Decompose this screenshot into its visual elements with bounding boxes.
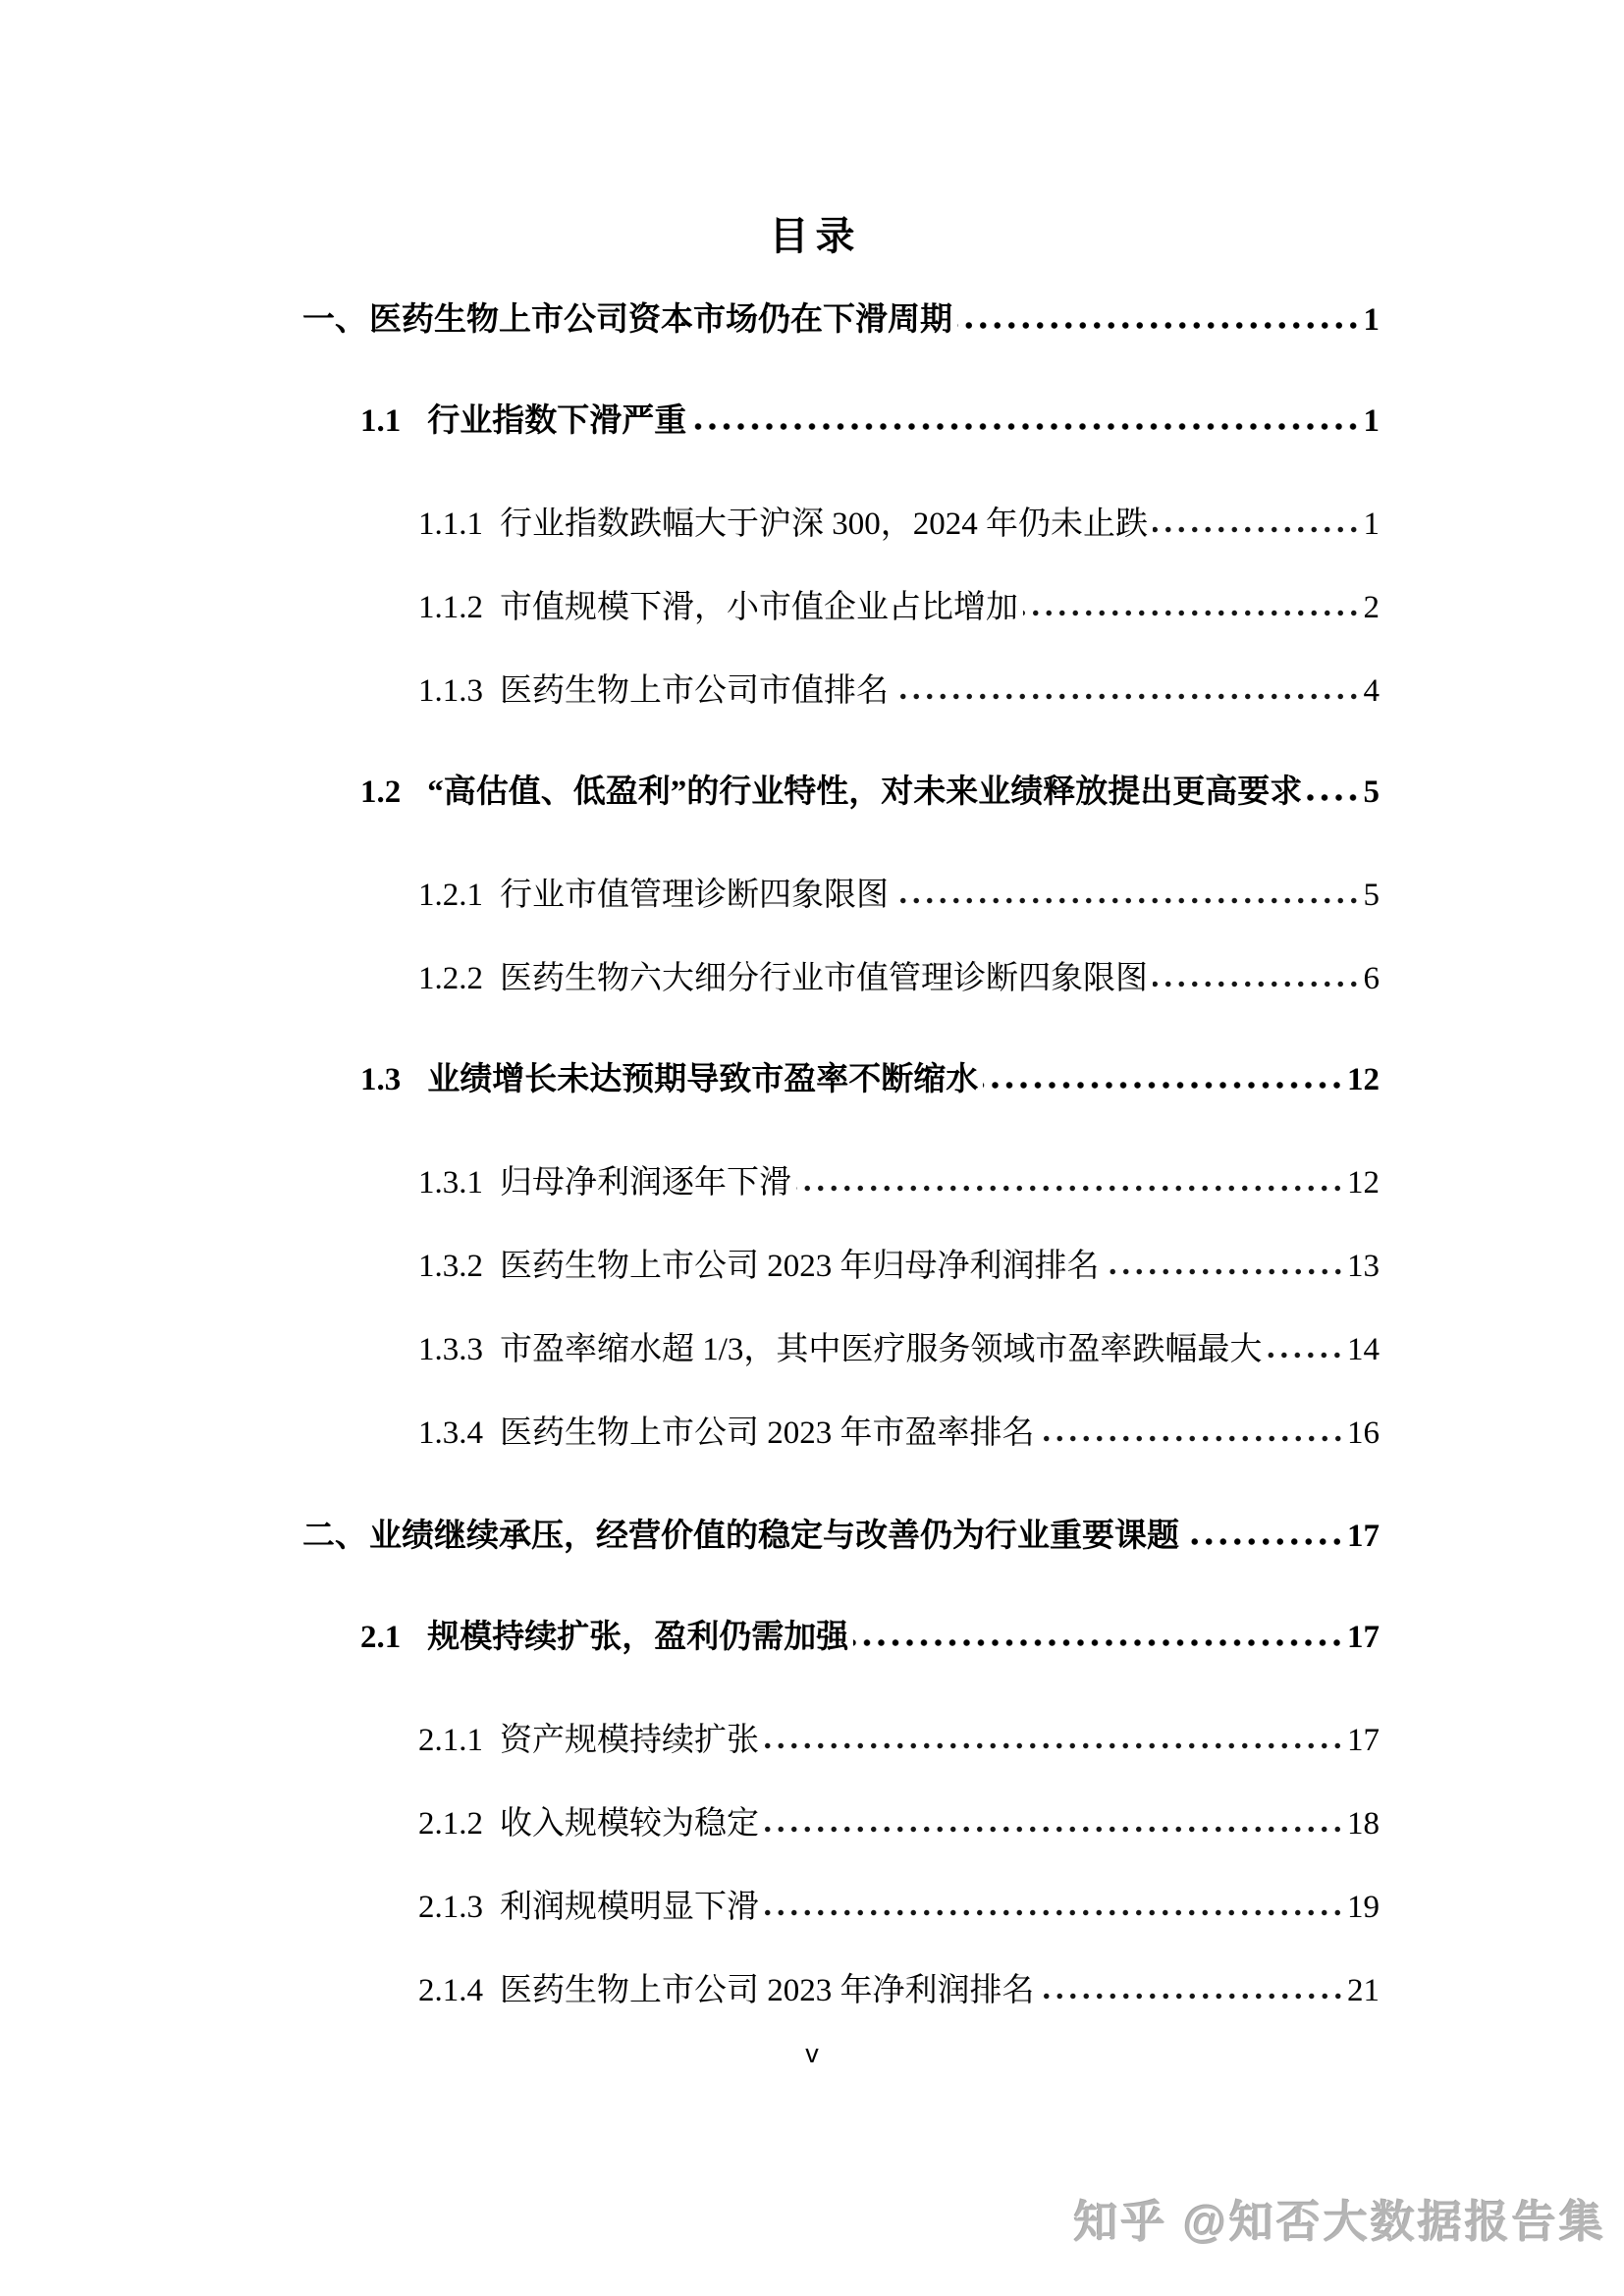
toc-entry-number: 1.1 [360, 401, 401, 441]
toc-entry-number: 1.2.1 [418, 876, 483, 915]
toc-entry-page-number: 1 [1364, 300, 1380, 340]
toc-entry-page-number: 14 [1347, 1330, 1380, 1369]
toc-entry-title: 医药生物上市公司 2023 年归母净利润排名 [500, 1247, 1100, 1286]
dot-leader [764, 1741, 1344, 1750]
toc-entry-number: 1.3.3 [418, 1330, 483, 1369]
toc-entry-title: 市值规模下滑，小市值企业占比增加 [500, 588, 1018, 627]
toc-entry-title: 医药生物六大细分行业市值管理诊断四象限图 [500, 959, 1148, 998]
toc-entry-number: 1.1.1 [418, 505, 483, 544]
toc-entry-page-number: 1 [1364, 401, 1380, 441]
dot-leader [983, 1081, 1344, 1090]
dot-leader [1040, 1434, 1345, 1443]
toc-entry-title: 医药生物上市公司 2023 年净利润排名 [500, 1971, 1035, 2010]
dot-leader [1023, 609, 1361, 617]
dot-leader [853, 1638, 1344, 1647]
toc-entry-number: 2.1.1 [418, 1721, 483, 1760]
dot-leader [893, 896, 1361, 905]
toc-entry[interactable]: 1.3.3 市盈率缩水超 1/3，其中医疗服务领域市盈率跌幅最大 14 [302, 1330, 1380, 1369]
toc-entry-title: 规模持续扩张，盈利仍需加强 [427, 1618, 848, 1657]
toc-entry-page-number: 2 [1364, 588, 1380, 627]
dot-leader [1105, 1267, 1345, 1276]
toc-entry-page-number: 12 [1347, 1060, 1380, 1099]
dot-leader [1307, 793, 1360, 802]
toc-entry-number: 1.3.2 [418, 1247, 483, 1286]
toc-entry-title: 行业指数跌幅大于沪深 300，2024 年仍未止跌 [500, 505, 1148, 544]
toc-entry-number: 1.1.2 [418, 588, 483, 627]
toc-entry[interactable]: 2.1.4 医药生物上市公司 2023 年净利润排名 21 [302, 1971, 1380, 2010]
toc-entry-number: 2.1 [360, 1618, 401, 1657]
watermark: 知乎 @知否大数据报告集 [1074, 2197, 1606, 2248]
toc-entry-page-number: 17 [1347, 1517, 1380, 1556]
dot-leader [796, 1184, 1344, 1193]
dot-leader [957, 321, 1361, 330]
toc-entry-page-number: 12 [1347, 1163, 1380, 1202]
toc-entry-page-number: 17 [1347, 1721, 1380, 1760]
dot-leader [893, 692, 1361, 701]
dot-leader [1040, 1992, 1345, 2001]
toc-entry-title: 收入规模较为稳定 [500, 1804, 759, 1843]
toc-entry-title: 医药生物上市公司资本市场仍在下滑周期 [369, 300, 952, 340]
toc-entry-number: 1.3.4 [418, 1414, 483, 1453]
toc-entry-title: 利润规模明显下滑 [500, 1888, 759, 1927]
toc-entry-title: 医药生物上市公司 2023 年市盈率排名 [500, 1414, 1035, 1453]
toc-entry-page-number: 18 [1347, 1804, 1380, 1843]
toc-entry-title: 归母净利润逐年下滑 [500, 1163, 791, 1202]
toc-entry-number: 1.3.1 [418, 1163, 483, 1202]
dot-leader [1153, 525, 1361, 534]
toc-entry[interactable]: 1.1.2 市值规模下滑，小市值企业占比增加 2 [302, 588, 1380, 627]
toc-entry[interactable]: 1.3 业绩增长未达预期导致市盈率不断缩水 12 [302, 1060, 1380, 1099]
toc-entry[interactable]: 1.2 “高估值、低盈利”的行业特性，对未来业绩释放提出更高要求 5 [302, 773, 1380, 812]
toc-entry-page-number: 17 [1347, 1618, 1380, 1657]
toc-entry-title: 业绩增长未达预期导致市盈率不断缩水 [427, 1060, 978, 1099]
toc-entry-number: 1.2 [360, 773, 401, 812]
toc-entry-number: 1.1.3 [418, 671, 483, 711]
page-title: 目录 [0, 214, 1624, 259]
toc-entry-title: “高估值、低盈利”的行业特性，对未来业绩释放提出更高要求 [427, 773, 1302, 812]
toc-entry-page-number: 4 [1364, 671, 1380, 711]
toc-entry-title: 业绩继续承压，经营价值的稳定与改善仍为行业重要课题 [369, 1517, 1179, 1556]
toc-entry-number: 2.1.3 [418, 1888, 483, 1927]
dot-leader [764, 1825, 1344, 1834]
dot-leader [691, 422, 1360, 431]
toc-entry[interactable]: 1.1.3 医药生物上市公司市值排名 4 [302, 671, 1380, 711]
dot-leader [1184, 1537, 1344, 1546]
toc-entry[interactable]: 1.3.1 归母净利润逐年下滑 12 [302, 1163, 1380, 1202]
footer-page-number: v [0, 2038, 1624, 2069]
toc-entry-title: 医药生物上市公司市值排名 [500, 671, 889, 711]
dot-leader [1153, 980, 1361, 988]
toc-entry[interactable]: 2.1.1 资产规模持续扩张 17 [302, 1721, 1380, 1760]
toc-entry[interactable]: 1.1 行业指数下滑严重 1 [302, 401, 1380, 441]
toc-entry[interactable]: 1.2.1 行业市值管理诊断四象限图 5 [302, 876, 1380, 915]
toc-entry-page-number: 6 [1364, 959, 1380, 998]
toc-entry-number: 一、 [302, 300, 367, 340]
toc-entry[interactable]: 2.1.3 利润规模明显下滑 19 [302, 1888, 1380, 1927]
toc-entry-page-number: 19 [1347, 1888, 1380, 1927]
toc-entry[interactable]: 1.3.4 医药生物上市公司 2023 年市盈率排名 16 [302, 1414, 1380, 1453]
toc-entry-page-number: 21 [1347, 1971, 1380, 2010]
toc-entry-title: 资产规模持续扩张 [500, 1721, 759, 1760]
toc-entry-number: 1.3 [360, 1060, 401, 1099]
toc-entry[interactable]: 1.2.2 医药生物六大细分行业市值管理诊断四象限图 6 [302, 959, 1380, 998]
dot-leader [764, 1908, 1344, 1917]
toc-entry-number: 2.1.4 [418, 1971, 483, 2010]
toc-entry-title: 市盈率缩水超 1/3，其中医疗服务领域市盈率跌幅最大 [500, 1330, 1262, 1369]
toc-entry-title: 行业指数下滑严重 [427, 401, 686, 441]
toc-entry-number: 1.2.2 [418, 959, 483, 998]
toc-entry-page-number: 5 [1364, 876, 1380, 915]
table-of-contents: 一、 医药生物上市公司资本市场仍在下滑周期 1 1.1 行业指数下滑严重 1 1… [302, 259, 1380, 2010]
toc-entry[interactable]: 二、 业绩继续承压，经营价值的稳定与改善仍为行业重要课题 17 [302, 1517, 1380, 1556]
toc-entry-page-number: 13 [1347, 1247, 1380, 1286]
toc-entry-title: 行业市值管理诊断四象限图 [500, 876, 889, 915]
toc-entry[interactable]: 2.1.2 收入规模较为稳定 18 [302, 1804, 1380, 1843]
toc-entry-number: 二、 [302, 1517, 367, 1556]
toc-entry[interactable]: 1.1.1 行业指数跌幅大于沪深 300，2024 年仍未止跌 1 [302, 505, 1380, 544]
dot-leader [1267, 1351, 1344, 1360]
toc-entry-page-number: 5 [1364, 773, 1380, 812]
toc-entry[interactable]: 一、 医药生物上市公司资本市场仍在下滑周期 1 [302, 300, 1380, 340]
toc-entry-number: 2.1.2 [418, 1804, 483, 1843]
toc-entry[interactable]: 2.1 规模持续扩张，盈利仍需加强 17 [302, 1618, 1380, 1657]
toc-entry-page-number: 16 [1347, 1414, 1380, 1453]
toc-entry-page-number: 1 [1364, 505, 1380, 544]
toc-entry[interactable]: 1.3.2 医药生物上市公司 2023 年归母净利润排名 13 [302, 1247, 1380, 1286]
